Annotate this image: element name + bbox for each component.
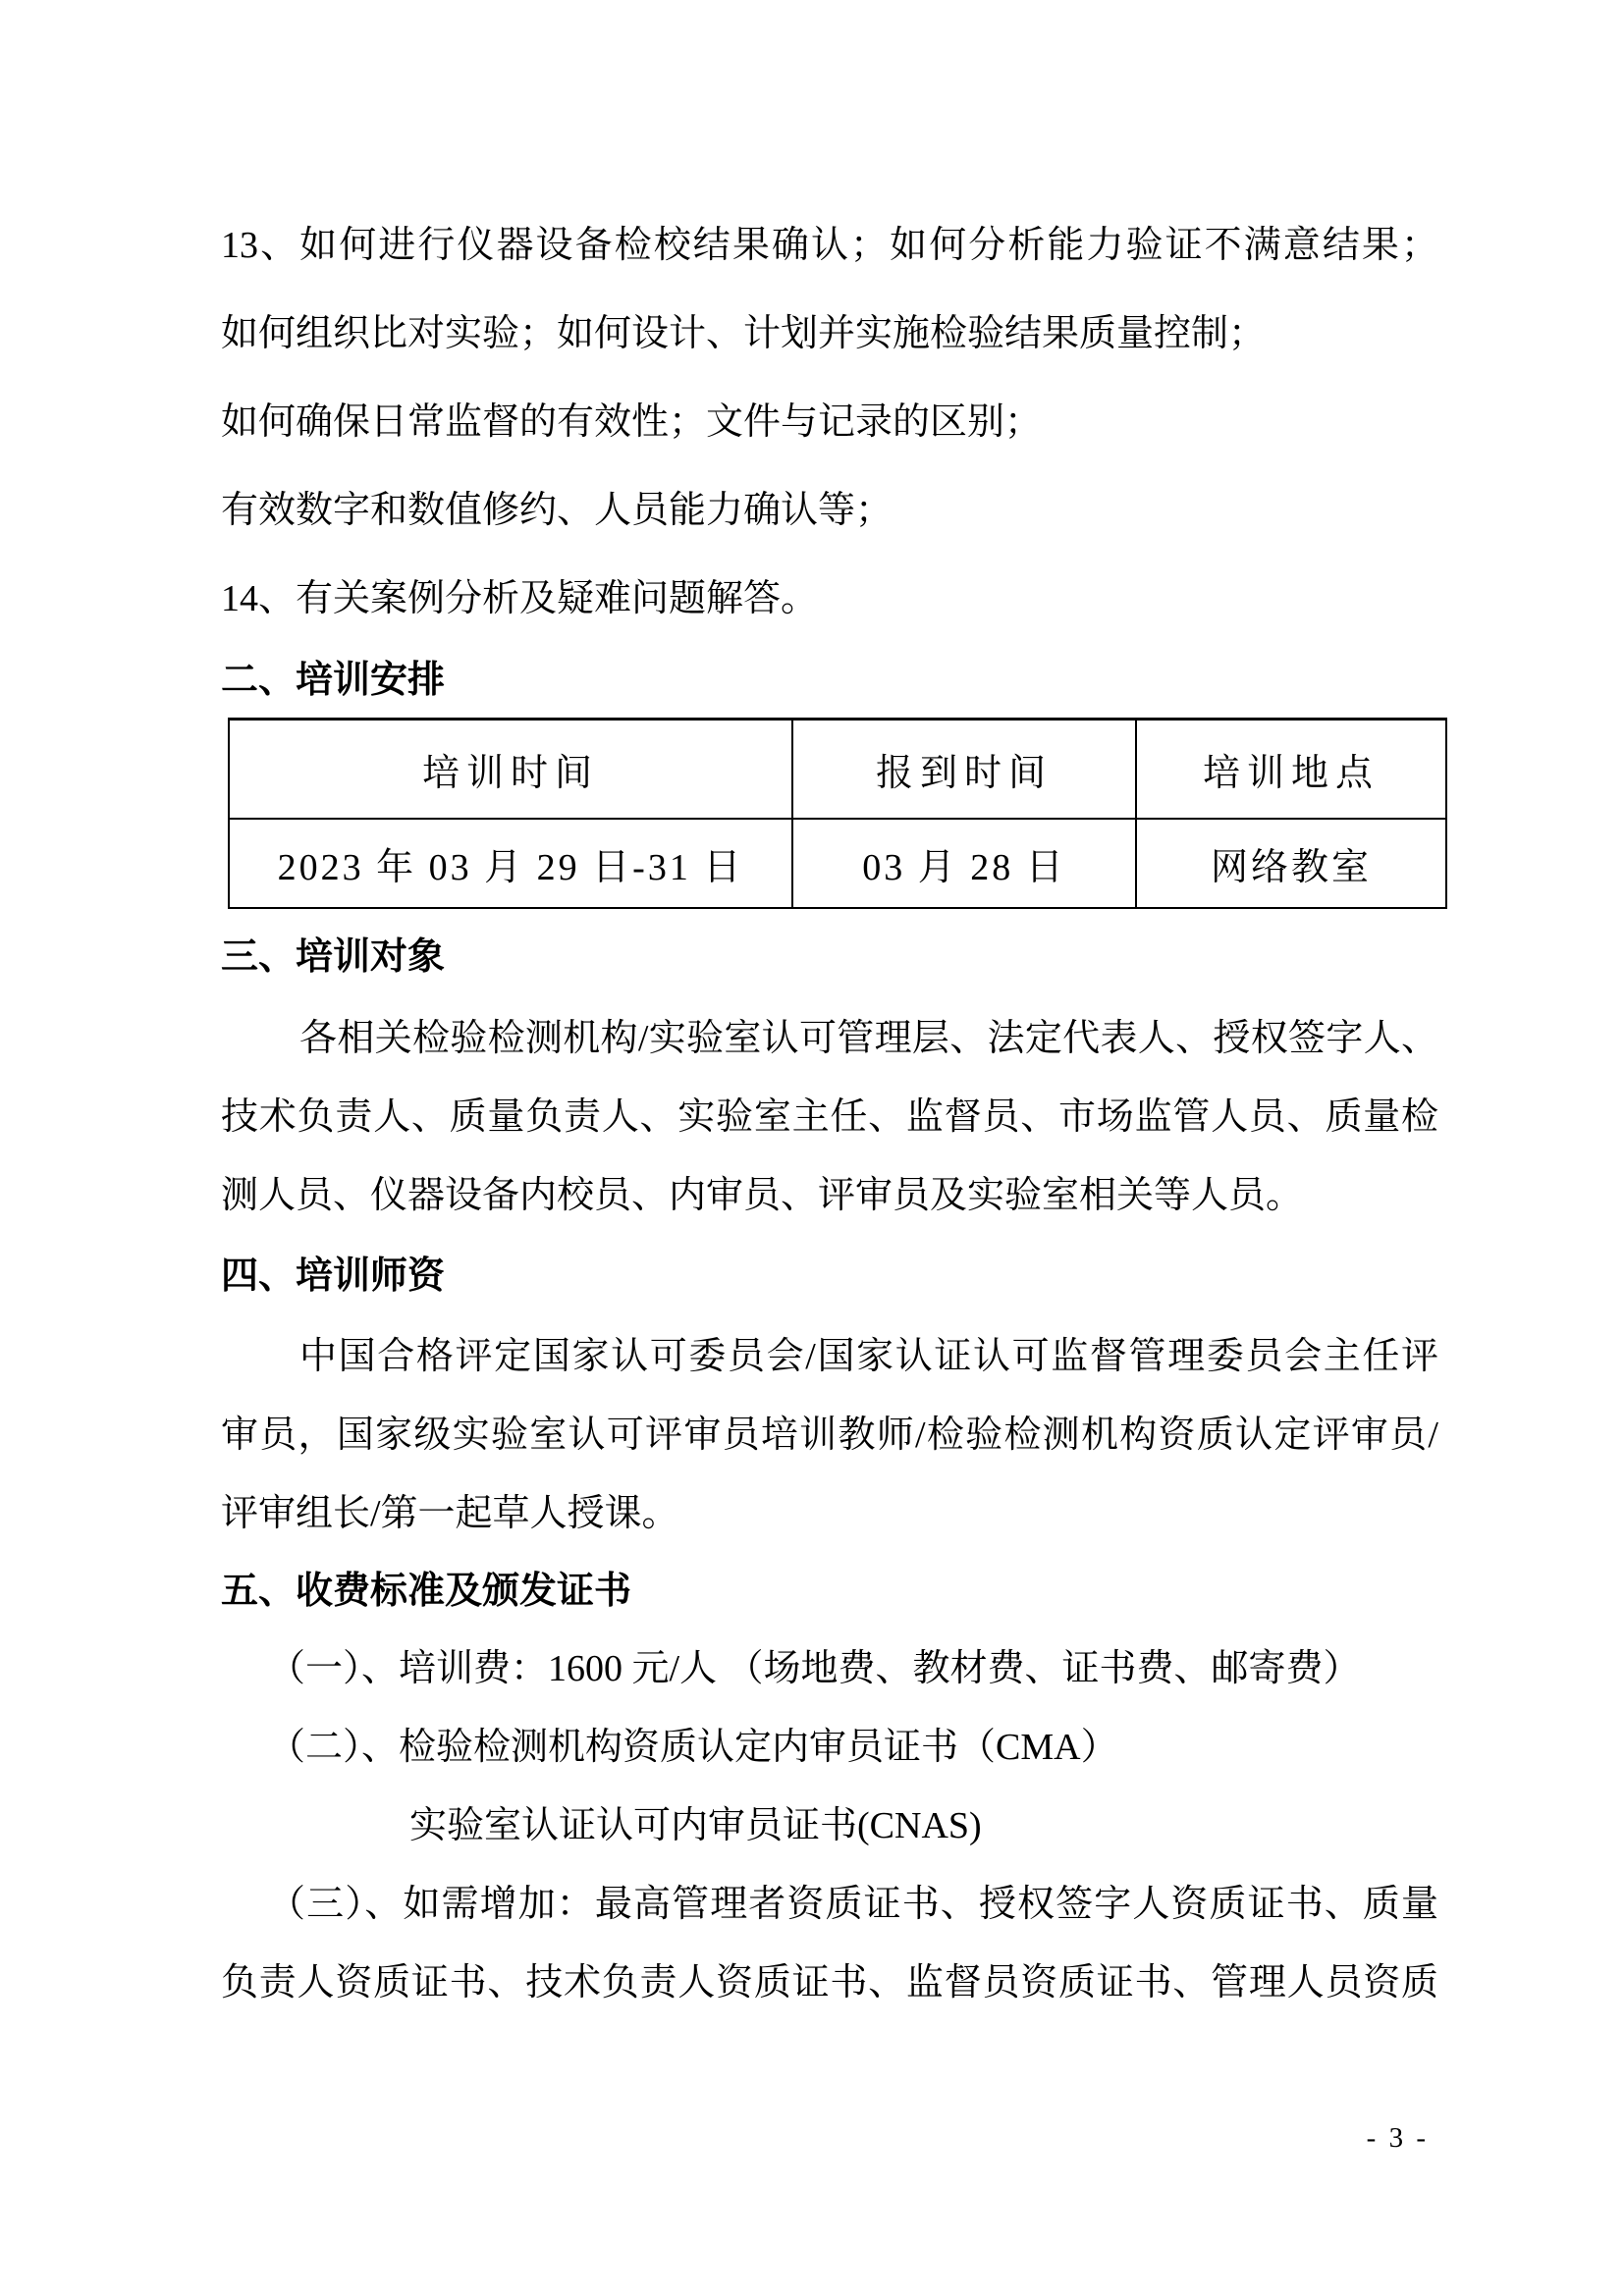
list-item-13-line-4: 有效数字和数值修约、人员能力确认等； <box>221 466 1438 555</box>
fee-item-3-line-1: （三）、如需增加：最高管理者资质证书、授权签字人资质证书、质量 <box>221 1865 1438 1944</box>
section-heading-fees-certificates: 五、收费标准及颁发证书 <box>221 1553 1438 1629</box>
page-content: 13、如何进行仪器设备检校结果确认；如何分析能力验证不满意结果； 如何组织比对实… <box>221 201 1438 2022</box>
table-row: 2023 年 03 月 29 日-31 日 03 月 28 日 网络教室 <box>229 819 1446 908</box>
section-heading-training-audience: 三、培训对象 <box>221 915 1438 999</box>
fee-item-1: （一）、培训费：1600 元/人 （场地费、教材费、证书费、邮寄费） <box>221 1629 1438 1708</box>
faculty-line-2: 审员，国家级实验室认可评审员培训教师/检验检测机构资质认定评审员/ <box>221 1396 1438 1474</box>
cell-training-location: 网络教室 <box>1136 819 1446 908</box>
page-canvas: 13、如何进行仪器设备检校结果确认；如何分析能力验证不满意结果； 如何组织比对实… <box>0 0 1624 2296</box>
section-heading-training-schedule: 二、培训安排 <box>221 643 1438 718</box>
list-item-13-line-2: 如何组织比对实验；如何设计、计划并实施检验结果质量控制； <box>221 290 1438 378</box>
document-page: { "page": { "number_label": "- 3 -" }, "… <box>0 0 1624 2296</box>
faculty-line-1: 中国合格评定国家认可委员会/国家认证认可监督管理委员会主任评 <box>221 1317 1438 1396</box>
cell-registration-time: 03 月 28 日 <box>792 819 1136 908</box>
list-item-14: 14、有关案例分析及疑难问题解答。 <box>221 555 1438 643</box>
training-schedule-table: 培训时间 报到时间 培训地点 2023 年 03 月 29 日-31 日 03 … <box>228 718 1447 909</box>
table-header-training-time: 培训时间 <box>229 720 792 819</box>
fee-item-2-cnas: 实验室认证认可内审员证书(CNAS) <box>221 1787 1438 1865</box>
fee-item-2-cma: （二）、检验检测机构资质认定内审员证书（CMA） <box>221 1708 1438 1787</box>
list-item-13-line-3: 如何确保日常监督的有效性；文件与记录的区别； <box>221 378 1438 466</box>
audience-line-3: 测人员、仪器设备内校员、内审员、评审员及实验室相关等人员。 <box>221 1156 1438 1235</box>
page-number: - 3 - <box>1367 2118 1429 2158</box>
audience-line-1: 各相关检验检测机构/实验室认可管理层、法定代表人、授权签字人、 <box>221 999 1438 1078</box>
table-header-training-location: 培训地点 <box>1136 720 1446 819</box>
table-header-registration-time: 报到时间 <box>792 720 1136 819</box>
table-header-row: 培训时间 报到时间 培训地点 <box>229 720 1446 819</box>
fee-item-3-line-2: 负责人资质证书、技术负责人资质证书、监督员资质证书、管理人员资质 <box>221 1944 1438 2022</box>
section-heading-training-faculty: 四、培训师资 <box>221 1235 1438 1317</box>
cell-training-time: 2023 年 03 月 29 日-31 日 <box>229 819 792 908</box>
faculty-line-3: 评审组长/第一起草人授课。 <box>221 1474 1438 1553</box>
list-item-13-line-1: 13、如何进行仪器设备检校结果确认；如何分析能力验证不满意结果； <box>221 201 1438 290</box>
audience-line-2: 技术负责人、质量负责人、实验室主任、监督员、市场监管人员、质量检 <box>221 1078 1438 1156</box>
